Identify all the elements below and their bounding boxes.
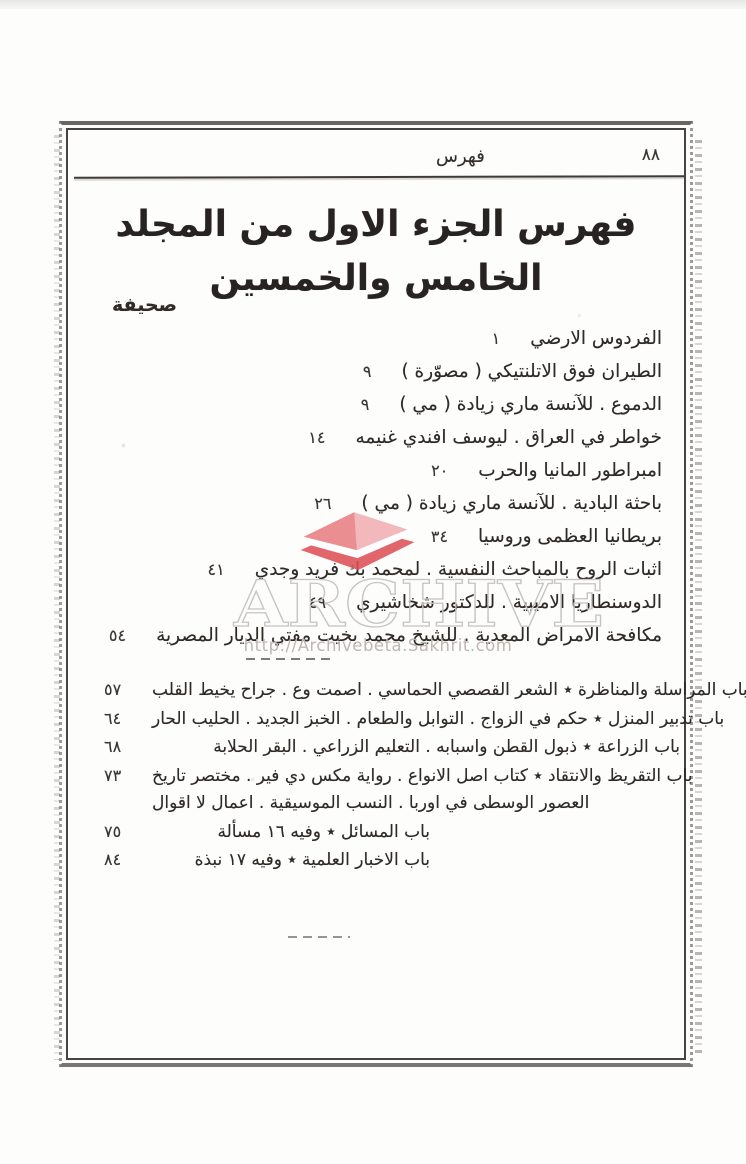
article-page-number: ٩ [363, 355, 372, 388]
toc-section-row: ٧٣باب التقريظ والانتقاد ٭ كتاب اصل الانو… [80, 762, 680, 818]
running-header-title: فهرس [436, 146, 485, 167]
section-title: باب تدبير المنزل ٭ حكم في الزواج . التوا… [150, 706, 724, 734]
article-title: الطيران فوق الاتلنتيكي ( مصوّرة ) [401, 355, 662, 388]
toc-article-row: خواطر في العراق . ليوسف افندي غنيمه١٤ [82, 421, 662, 454]
separator-dashes-top [246, 658, 334, 660]
article-title: مكافحة الامراض المعدية . للشيخ محمد بخيت… [156, 619, 662, 652]
toc-article-row: مكافحة الامراض المعدية . للشيخ محمد بخيت… [82, 619, 662, 652]
article-page-number: ١٤ [308, 421, 325, 454]
section-title: باب التقريظ والانتقاد ٭ كتاب اصل الانواع… [150, 763, 692, 818]
section-title-line1: باب المراسلة والمناظرة ٭ الشعر القصصي ال… [152, 680, 746, 700]
toc-article-row: الدموع . للآنسة ماري زيادة ( مي )٩ [82, 388, 662, 421]
header-rule [74, 175, 684, 179]
toc-article-row: امبراطور المانيا والحرب٢٠ [82, 454, 662, 487]
section-page-number: ٦٤ [80, 705, 150, 733]
section-page-number: ٥٧ [80, 676, 150, 704]
toc-section-row: ٥٧باب المراسلة والمناظرة ٭ الشعر القصصي … [80, 676, 680, 705]
article-page-number: ٢٦ [314, 487, 331, 520]
article-page-number: ٤٩ [309, 586, 326, 619]
section-title: باب المسائل ٭ وفيه ١٦ مسألة [150, 819, 680, 847]
section-page-number: ٧٥ [80, 818, 150, 846]
article-title: الفردوس الارضي [530, 322, 662, 355]
article-title: اثبات الروح بالمباحث النفسية . لمحمد بك … [255, 553, 662, 586]
article-title: الدموع . للآنسة ماري زيادة ( مي ) [399, 388, 662, 421]
article-page-number: ٤١ [208, 553, 225, 586]
articles-list: الفردوس الارضي١الطيران فوق الاتلنتيكي ( … [82, 322, 662, 652]
section-page-number: ٦٨ [80, 733, 150, 761]
scanned-document-page: فهرس ٨٨ فهرس الجزء الاول من المجلد الخام… [0, 0, 746, 1164]
toc-article-row: الدوسنطاريا الاميبية . للدكتور شخاشيري٤٩ [82, 586, 662, 619]
section-title-line1: باب المسائل ٭ وفيه ١٦ مسألة [218, 822, 430, 842]
toc-article-row: بريطانيا العظمى وروسيا٣٤ [82, 520, 662, 553]
section-title: باب الزراعة ٭ ذبول القطن واسبابه . التعل… [150, 734, 680, 762]
article-title: امبراطور المانيا والحرب [478, 454, 662, 487]
sections-list: ٥٧باب المراسلة والمناظرة ٭ الشعر القصصي … [80, 676, 680, 875]
toc-section-row: ٨٤باب الاخبار العلمية ٭ وفيه ١٧ نبذة [80, 846, 680, 875]
section-title-line1: باب التقريظ والانتقاد ٭ كتاب اصل الانواع… [152, 766, 692, 786]
toc-article-row: اثبات الروح بالمباحث النفسية . لمحمد بك … [82, 553, 662, 586]
article-page-number: ١ [492, 322, 501, 355]
section-title-line1: باب تدبير المنزل ٭ حكم في الزواج . التوا… [152, 709, 724, 729]
scanner-edge-shadow [0, 0, 746, 9]
toc-article-row: الفردوس الارضي١ [82, 322, 662, 355]
page-title: فهرس الجزء الاول من المجلد الخامس والخمس… [78, 198, 674, 306]
article-page-number: ٥٤ [109, 619, 126, 652]
section-title-line1: باب الاخبار العلمية ٭ وفيه ١٧ نبذة [195, 850, 430, 870]
article-page-number: ٣٤ [431, 520, 448, 553]
toc-section-row: ٦٤باب تدبير المنزل ٭ حكم في الزواج . الت… [80, 705, 680, 734]
toc-section-row: ٦٨باب الزراعة ٭ ذبول القطن واسبابه . الت… [80, 733, 680, 762]
folio-page-number: ٨٨ [642, 145, 660, 165]
page-frame: فهرس ٨٨ فهرس الجزء الاول من المجلد الخام… [66, 128, 686, 1060]
article-title: الدوسنطاريا الاميبية . للدكتور شخاشيري [356, 586, 662, 619]
article-page-number: ٢٠ [431, 454, 448, 487]
article-title: باحثة البادية . للآنسة ماري زيادة ( مي ) [361, 487, 662, 520]
scan-noise-left [54, 135, 60, 1060]
toc-section-row: ٧٥باب المسائل ٭ وفيه ١٦ مسألة [80, 818, 680, 847]
page-column-label: صحيفة [112, 294, 177, 316]
toc-article-row: باحثة البادية . للآنسة ماري زيادة ( مي )… [82, 487, 662, 520]
article-title: خواطر في العراق . ليوسف افندي غنيمه [355, 421, 662, 454]
section-title: باب المراسلة والمناظرة ٭ الشعر القصصي ال… [150, 677, 746, 705]
toc-article-row: الطيران فوق الاتلنتيكي ( مصوّرة )٩ [82, 355, 662, 388]
section-title-line1: باب الزراعة ٭ ذبول القطن واسبابه . التعل… [213, 737, 680, 757]
section-page-number: ٨٤ [80, 846, 150, 874]
article-page-number: ٩ [361, 388, 370, 421]
separator-dashes-bottom [288, 936, 350, 938]
article-title: بريطانيا العظمى وروسيا [478, 520, 662, 553]
section-title: باب الاخبار العلمية ٭ وفيه ١٧ نبذة [150, 847, 680, 875]
section-page-number: ٧٣ [80, 762, 150, 790]
section-title-line2: العصور الوسطى في اوربا . النسب الموسيقية… [152, 790, 692, 818]
scan-noise-right [695, 140, 702, 1055]
